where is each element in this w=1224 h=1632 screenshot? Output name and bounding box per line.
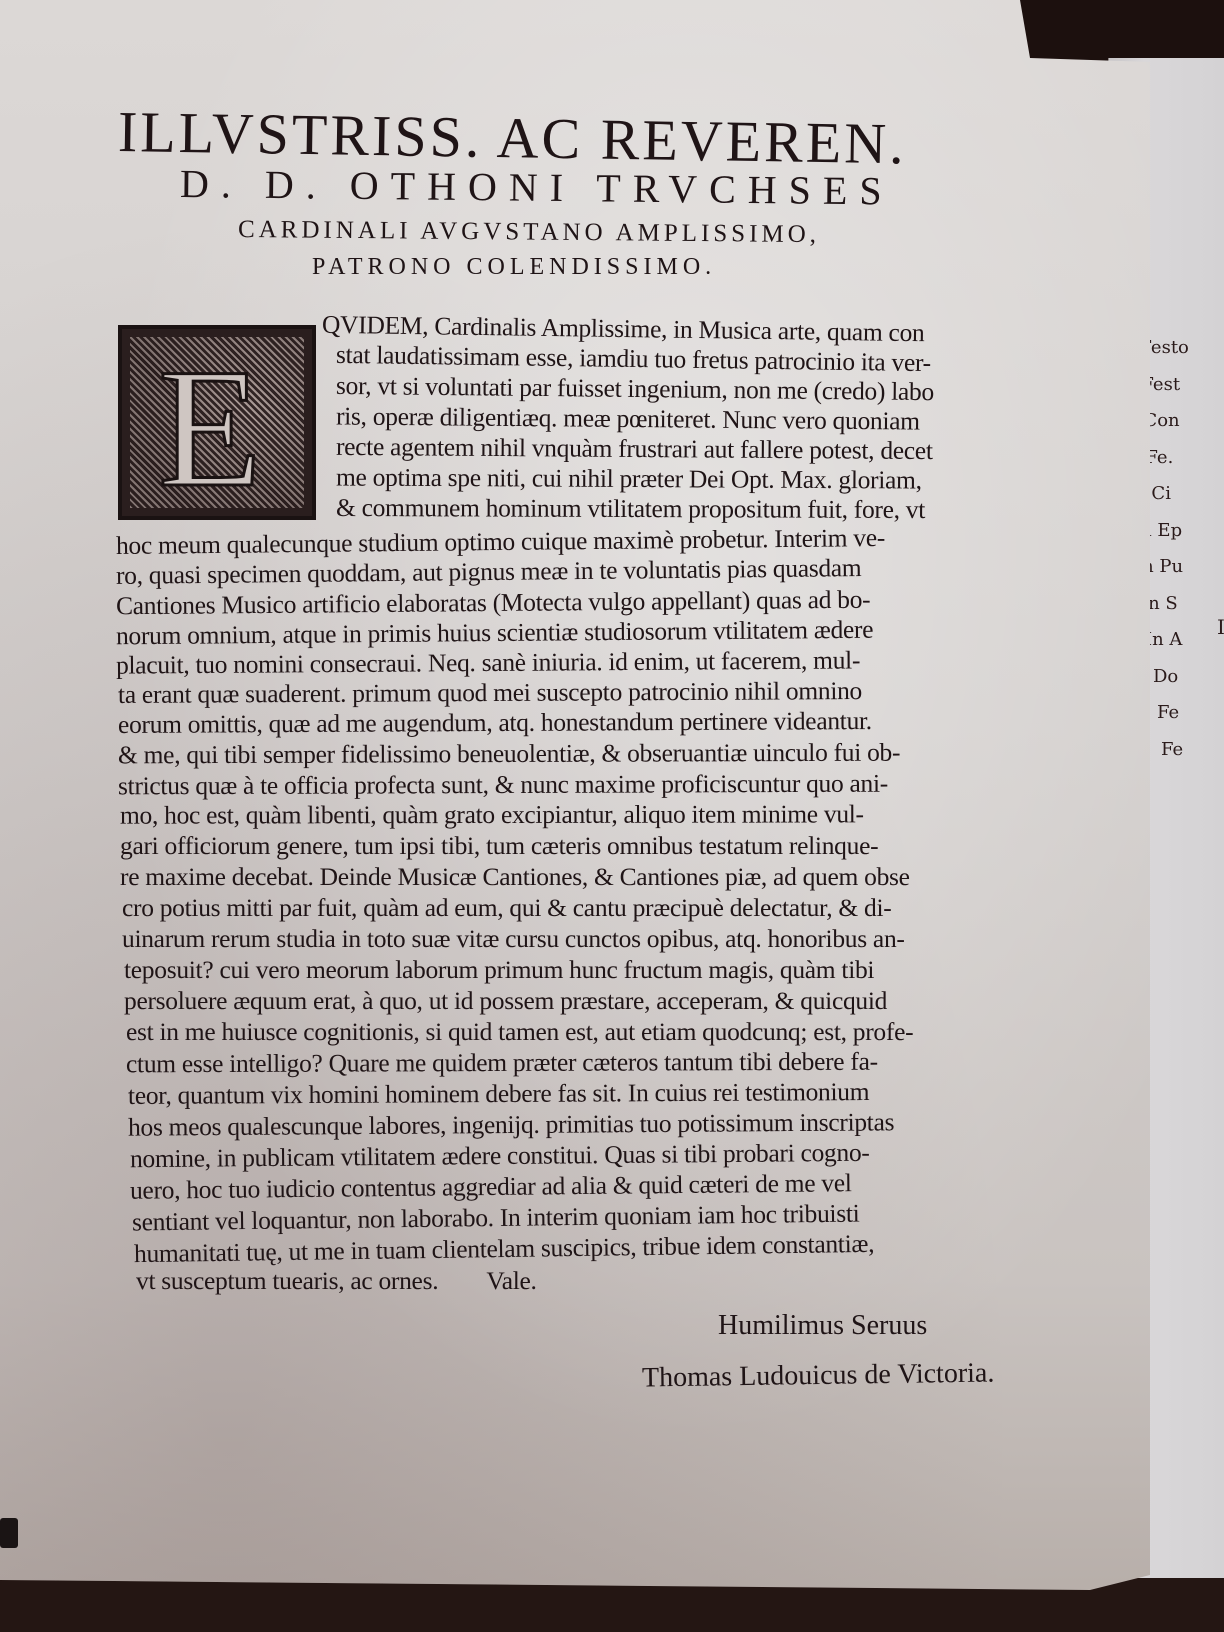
text-line-closing: vt susceptum tuearis, ac ornes. Vale.	[136, 1266, 537, 1296]
signature-closing: Humilimus Seruus	[718, 1310, 927, 1342]
text-line: persoluere æquum erat, à quo, ut id poss…	[124, 986, 887, 1016]
text-line: cro potius mitti par fuit, quàm ad eum, …	[122, 893, 891, 923]
text-line: eorum omittis, quæ ad me augendum, atq. …	[118, 706, 872, 740]
index-fragment: I	[1217, 615, 1224, 639]
signature-name: Thomas Ludouicus de Victoria.	[642, 1358, 995, 1395]
text-line: re maxime decebat. Deinde Musicæ Cantion…	[120, 862, 910, 892]
page-edge-mark	[0, 1518, 18, 1548]
text-line: ris, operæ diligentiæq. meæ pœniteret. N…	[336, 401, 920, 436]
text-line: ctum esse intelligo? Quare me quidem præ…	[126, 1047, 878, 1080]
woodcut-initial-icon: E	[118, 325, 316, 520]
text-line: placuit, tuo nomini consecraui. Neq. san…	[116, 645, 860, 680]
text-line: teposuit? cui vero meorum laborum primum…	[124, 955, 874, 985]
text-line: strictus quæ à te officia profecta sunt,…	[118, 769, 888, 802]
text-line: uinarum rerum studia in toto suæ vitæ cu…	[122, 924, 905, 954]
heading-line-3: CARDINALI AVGVSTANO AMPLISSIMO,	[238, 216, 820, 249]
heading-line-2: D. D. OTHONI TRVCHSES	[180, 160, 894, 214]
text-line: me optima spe niti, cui nihil præter Dei…	[336, 462, 922, 495]
text-line: mo, hoc est, quàm libenti, quàm grato ex…	[120, 799, 864, 830]
text-line: teor, quantum vix homini hominem debere …	[128, 1077, 869, 1111]
text-line: & communem hominum vtilitatem propositum…	[336, 493, 925, 525]
text-line: est in me huiusce cognitionis, si quid t…	[126, 1017, 913, 1047]
drop-cap-letter: E	[158, 343, 262, 513]
text-line: ta erant quæ suaderent. primum quod mei …	[118, 676, 862, 710]
photo-scene: In Festo In Fest In Con In Fe. In Ci In …	[0, 0, 1224, 1632]
text-line: gari officiorum genere, tum ipsi tibi, t…	[120, 831, 878, 861]
heading-line-4: PATRONO COLENDISSIMO.	[312, 254, 716, 281]
text-line: hos meos qualescunque labores, ingenijq.…	[128, 1107, 894, 1142]
dedication-content: ILLVSTRISS. AC REVEREN. D. D. OTHONI TRV…	[0, 0, 1100, 1600]
text-line: recte agentem nihil vnquàm frustrari aut…	[336, 432, 933, 466]
text-line: & me, qui tibi semper fidelissimo beneuo…	[118, 738, 900, 771]
